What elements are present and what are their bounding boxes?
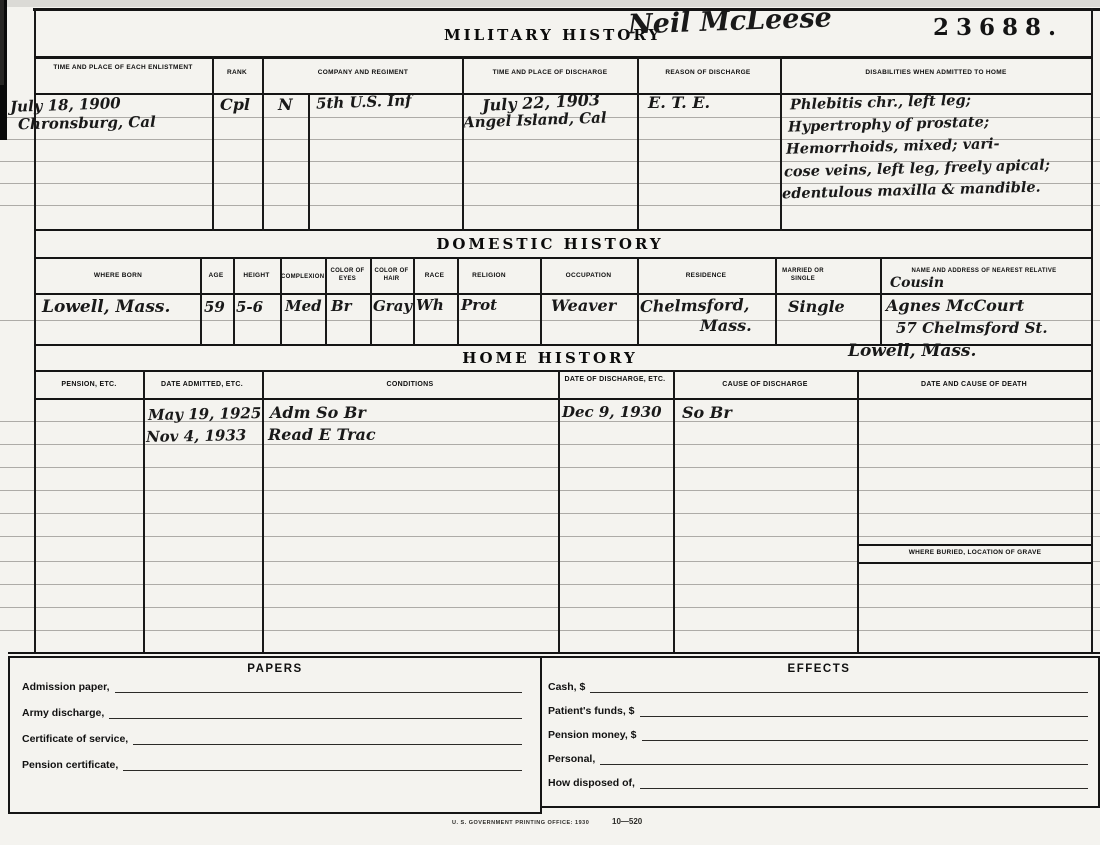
col-rank: RANK <box>214 69 260 77</box>
col-age: AGE <box>201 272 231 280</box>
papers-item-label: Army discharge, <box>22 707 104 719</box>
papers-item-row: Army discharge, <box>22 706 522 719</box>
hw-conditions-2: Read E Trac <box>268 425 376 444</box>
fill-in-line <box>640 704 1088 717</box>
col-disabilities: DISABILITIES WHEN ADMITTED TO HOME <box>784 69 1088 77</box>
military-col-divider <box>637 56 639 231</box>
home-header-top <box>34 370 1091 372</box>
col-conditions: CONDITIONS <box>266 380 554 389</box>
col-date-admitted: DATE ADMITTED, ETC. <box>146 380 258 389</box>
fill-in-line <box>600 752 1088 765</box>
military-table-bottom <box>34 229 1091 231</box>
domestic-col-divider <box>233 257 235 345</box>
hw-height: 5-6 <box>236 298 263 316</box>
domestic-header-top <box>34 257 1091 259</box>
papers-item-label: Admission paper, <box>22 681 110 693</box>
col-home-discharge-date: DATE OF DISCHARGE, ETC. <box>561 375 669 384</box>
col-cause-discharge: CAUSE OF DISCHARGE <box>676 380 854 389</box>
col-color-hair: COLOR OF HAIR <box>372 268 411 284</box>
col-residence: RESIDENCE <box>639 272 773 280</box>
papers-item-row: Admission paper, <box>22 680 522 693</box>
hw-relative-street: 57 Chelmsford St. <box>896 319 1048 337</box>
col-date-cause-death: DATE AND CAUSE OF DEATH <box>860 380 1088 389</box>
hw-disability-line: Phlebitis chr., left leg; <box>790 92 971 114</box>
patient-name-signature: Neil McLeese <box>628 2 833 40</box>
effects-item-label: Pension money, $ <box>548 729 637 741</box>
hw-residence-2: Mass. <box>700 316 752 335</box>
ruled-line <box>0 584 1100 585</box>
domestic-col-divider <box>280 257 282 345</box>
hw-cause-discharge: So Br <box>682 403 732 422</box>
papers-item-label: Pension certificate, <box>22 759 118 771</box>
hw-married: Single <box>788 297 845 316</box>
hw-religion: Prot <box>461 296 497 314</box>
domestic-col-divider <box>325 257 327 345</box>
col-religion: RELIGION <box>459 272 519 280</box>
military-col-divider <box>308 95 310 231</box>
where-buried-band: WHERE BURIED, LOCATION OF GRAVE <box>859 544 1091 564</box>
hw-race: Wh <box>416 296 444 314</box>
effects-item-row: Personal, <box>548 752 1088 765</box>
domestic-col-divider <box>200 257 202 345</box>
ruled-line <box>0 607 1100 608</box>
buried-band-bottom <box>859 562 1091 564</box>
scan-bottom-band <box>0 0 1100 7</box>
hw-relative-name: Agnes McCourt <box>886 296 1024 315</box>
col-reason: REASON OF DISCHARGE <box>640 69 776 77</box>
hw-enlist-date: July 18, 1900 <box>10 94 121 116</box>
fill-in-line <box>133 732 522 745</box>
col-pension: PENSION, ETC. <box>38 380 140 389</box>
military-col-divider <box>780 56 782 231</box>
col-color-eyes: COLOR OF EYES <box>327 268 368 284</box>
papers-item-row: Certificate of service, <box>22 732 522 745</box>
fill-in-line <box>590 680 1088 693</box>
fill-in-line <box>115 680 522 693</box>
where-buried-label: WHERE BURIED, LOCATION OF GRAVE <box>859 549 1091 557</box>
hw-company: N <box>278 95 293 114</box>
hw-rank: Cpl <box>220 95 250 114</box>
military-col-divider <box>262 56 264 231</box>
scan-edge-artifact <box>0 0 4 85</box>
home-col-divider <box>673 370 675 652</box>
domestic-col-divider <box>540 257 542 345</box>
ruled-line <box>0 630 1100 631</box>
military-col-divider <box>462 56 464 231</box>
fill-in-line <box>123 758 522 771</box>
domestic-col-divider <box>370 257 372 345</box>
effects-item-label: Cash, $ <box>548 681 585 693</box>
buried-band-top <box>859 544 1091 546</box>
hw-residence-1: Chelmsford, <box>640 295 750 316</box>
domestic-header-bottom <box>34 293 1091 295</box>
home-table-bottom <box>8 652 1100 654</box>
col-complexion: COMPLEXION <box>281 274 324 282</box>
hw-enlist-place: Chronsburg, Cal <box>18 113 156 133</box>
effects-item-row: How disposed of, <box>548 776 1088 789</box>
col-height: HEIGHT <box>235 272 278 280</box>
hw-discharge-place: Angel Island, Cal <box>463 109 607 132</box>
military-col-divider <box>212 56 214 231</box>
form-number: 10—520 <box>612 817 642 826</box>
hw-reason: E. T. E. <box>648 93 710 112</box>
ruled-line <box>0 536 1100 537</box>
hw-complexion: Med <box>285 297 322 315</box>
printing-office-imprint: U. S. GOVERNMENT PRINTING OFFICE: 1930 <box>452 820 589 826</box>
col-enlistment: TIME AND PLACE OF EACH ENLISTMENT <box>38 64 208 72</box>
home-col-divider <box>857 370 859 652</box>
military-header-top <box>34 56 1091 59</box>
fill-in-line <box>642 728 1089 741</box>
effects-title: EFFECTS <box>540 663 1098 675</box>
fill-in-line <box>109 706 522 719</box>
ruled-line <box>0 513 1100 514</box>
home-col-divider <box>262 370 264 652</box>
col-occupation: OCCUPATION <box>542 272 635 280</box>
scanned-record-page: MILITARY HISTORY Neil McLeese 23688. TIM… <box>0 0 1100 845</box>
hw-relative-relation: Cousin <box>890 275 944 291</box>
hw-home-discharge-date: Dec 9, 1930 <box>562 403 662 421</box>
form-top-border <box>33 8 1100 11</box>
effects-item-label: How disposed of, <box>548 777 635 789</box>
effects-item-label: Personal, <box>548 753 595 765</box>
hw-relative-city: Lowell, Mass. <box>848 341 976 361</box>
hw-date-admitted-2: Nov 4, 1933 <box>146 426 247 446</box>
domestic-col-divider <box>880 257 882 345</box>
hw-where-born: Lowell, Mass. <box>42 297 170 317</box>
hw-eyes: Br <box>331 297 352 315</box>
col-race: RACE <box>414 272 455 280</box>
hw-regiment: 5th U.S. Inf <box>316 91 412 112</box>
effects-item-label: Patient's funds, $ <box>548 705 635 717</box>
col-where-born: WHERE BORN <box>38 272 198 280</box>
ruled-line <box>0 490 1100 491</box>
domestic-history-title: DOMESTIC HISTORY <box>0 235 1100 253</box>
papers-item-row: Pension certificate, <box>22 758 522 771</box>
papers-title: PAPERS <box>10 663 540 675</box>
col-company-regiment: COMPANY AND REGIMENT <box>266 69 460 77</box>
hw-conditions-1: Adm So Br <box>270 403 366 422</box>
effects-item-row: Pension money, $ <box>548 728 1088 741</box>
domestic-col-divider <box>413 257 415 345</box>
col-discharge: TIME AND PLACE OF DISCHARGE <box>465 69 635 77</box>
effects-item-row: Cash, $ <box>548 680 1088 693</box>
papers-item-label: Certificate of service, <box>22 733 128 745</box>
domestic-col-divider <box>775 257 777 345</box>
domestic-col-divider <box>457 257 459 345</box>
fill-in-line <box>640 776 1088 789</box>
hw-hair: Gray <box>373 297 412 315</box>
ruled-line <box>0 205 1100 206</box>
hw-date-admitted-1: May 19, 1925 <box>148 404 262 424</box>
hw-age: 59 <box>204 298 225 316</box>
domestic-col-divider <box>637 257 639 345</box>
col-married-single: MARRIED OR SINGLE <box>778 268 828 284</box>
home-col-divider <box>143 370 145 652</box>
effects-item-row: Patient's funds, $ <box>548 704 1088 717</box>
ruled-line <box>0 467 1100 468</box>
home-col-divider <box>558 370 560 652</box>
register-number: 23688. <box>933 14 1063 41</box>
home-header-bottom <box>34 398 1091 400</box>
form-right-border <box>1091 8 1093 653</box>
hw-occupation: Weaver <box>551 296 616 315</box>
